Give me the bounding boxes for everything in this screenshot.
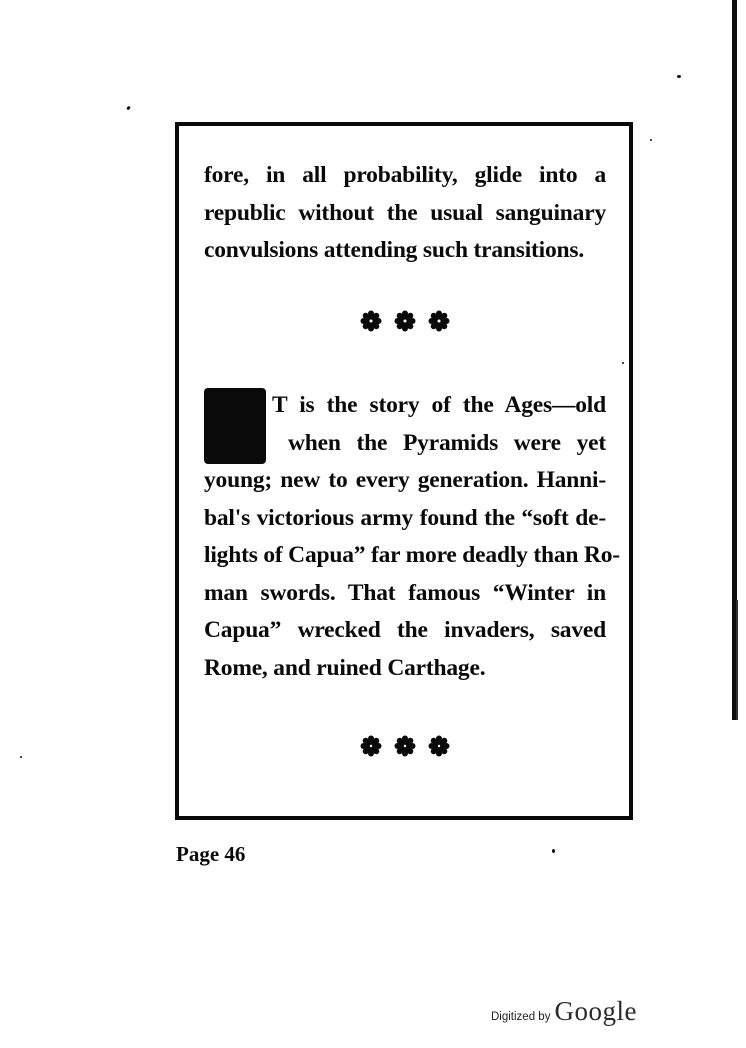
page-number: Page 46 <box>176 842 245 867</box>
flower-ornament-icon <box>428 310 450 332</box>
flower-ornament-icon <box>394 735 416 757</box>
flower-ornament-icon <box>428 735 450 757</box>
paragraph-continuation: fore, in all probability, glide into a r… <box>204 157 606 270</box>
text-line: young; new to every generation. Hanni- <box>204 462 606 500</box>
text-line: convulsions attending such transitions. <box>204 232 606 270</box>
text-line: republic without the usual sanguinary <box>204 195 606 233</box>
text-line: bal's victorious army found the “soft de… <box>204 500 606 538</box>
text-line: when the Pyramids were yet <box>204 425 606 463</box>
flower-ornament-icon <box>360 310 382 332</box>
watermark-prefix: Digitized by <box>491 1011 550 1023</box>
scan-speck <box>552 849 555 853</box>
flower-ornament-icon <box>360 735 382 757</box>
google-logo: Google <box>554 996 636 1027</box>
scan-speck <box>650 139 652 141</box>
scan-speck <box>20 756 22 758</box>
text-line: man swords. That famous “Winter in <box>204 575 606 613</box>
scan-speck <box>126 106 131 111</box>
ornament-divider <box>360 735 450 757</box>
text-line: fore, in all probability, glide into a <box>204 157 606 195</box>
scan-speck <box>677 75 681 78</box>
page-edge-line-lower <box>736 600 738 720</box>
text-line: Capua” wrecked the invaders, saved <box>204 612 606 650</box>
text-line: Rome, and ruined Carthage. <box>204 650 606 688</box>
text-line: T is the story of the Ages—old <box>204 387 606 425</box>
paragraph-capua: T is the story of the Ages—old when the … <box>204 387 606 687</box>
flower-ornament-icon <box>394 310 416 332</box>
text-line: lights of Capua” far more deadly than Ro… <box>204 537 606 575</box>
digitized-by-watermark: Digitized by Google <box>491 996 637 1027</box>
ornament-divider <box>360 310 450 332</box>
